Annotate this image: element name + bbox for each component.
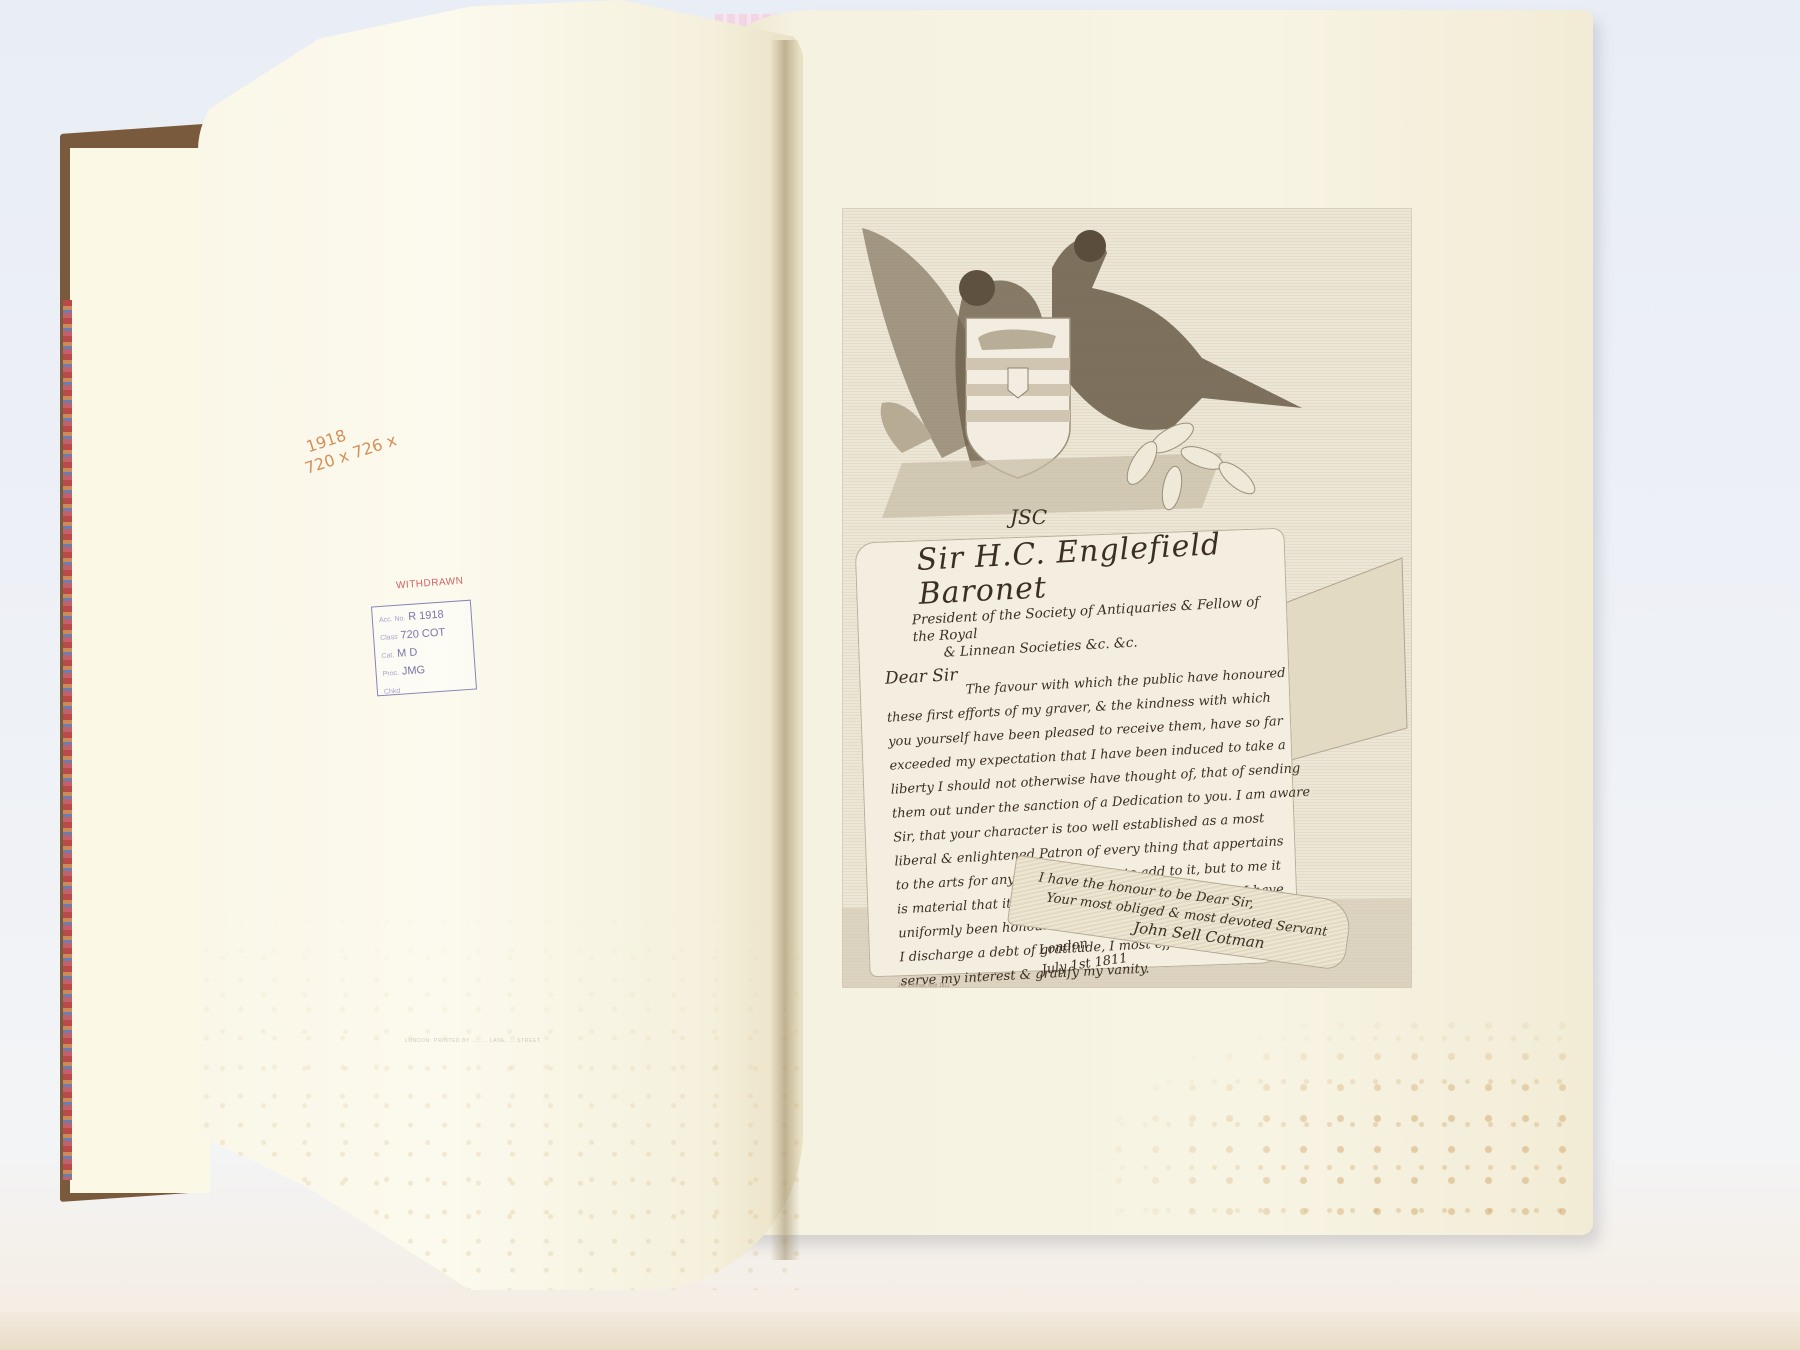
library-accession-stamp: Acc. No.R 1918 Class720 COT Cat.M D Proc… <box>371 600 477 697</box>
coat-of-arms-shield <box>966 318 1070 478</box>
printer-imprint: LONDON: PRINTED BY ..., ... LANE, ... ST… <box>405 1038 542 1044</box>
foxing-stains <box>1100 1010 1580 1230</box>
endpaper <box>70 148 210 1193</box>
artist-credit: J.S. Cotman, fecit 1811 <box>898 983 950 989</box>
gutter-shadow <box>770 40 800 1260</box>
left-page <box>198 0 803 1290</box>
monogram: JSC <box>1010 505 1047 529</box>
marbled-edge <box>63 300 72 1180</box>
table-surface <box>0 1312 1800 1350</box>
